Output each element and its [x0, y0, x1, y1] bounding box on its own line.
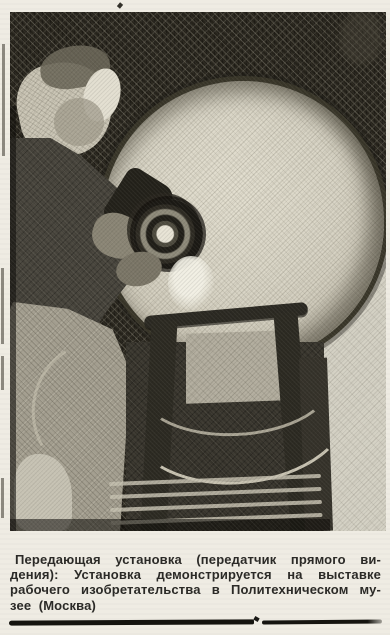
gutter-mark [1, 478, 4, 518]
scanned-page: Передающая установка (передатчик прямого… [0, 0, 390, 635]
photo-caption: Передающая установка (передатчик прямого… [10, 552, 381, 613]
divider-ink-mark [253, 616, 259, 622]
photo-transmitter-installation [10, 12, 386, 531]
halftone-grain [10, 12, 386, 531]
paper-speck [380, 33, 384, 38]
caption-line-4: зее (Москва) [10, 598, 381, 613]
paper-speck [117, 2, 123, 8]
gutter-mark [2, 44, 5, 156]
divider-rule-right [262, 619, 382, 624]
gutter-mark [1, 268, 4, 344]
divider-rule-left [9, 619, 254, 625]
caption-line-3: рабочего изобретательства в Политехничес… [10, 582, 381, 597]
gutter-mark [1, 356, 4, 390]
caption-line-2: дения): Установка демонстрируется на выс… [10, 567, 381, 582]
caption-line-1: Передающая установка (передатчик прямого… [10, 552, 381, 567]
